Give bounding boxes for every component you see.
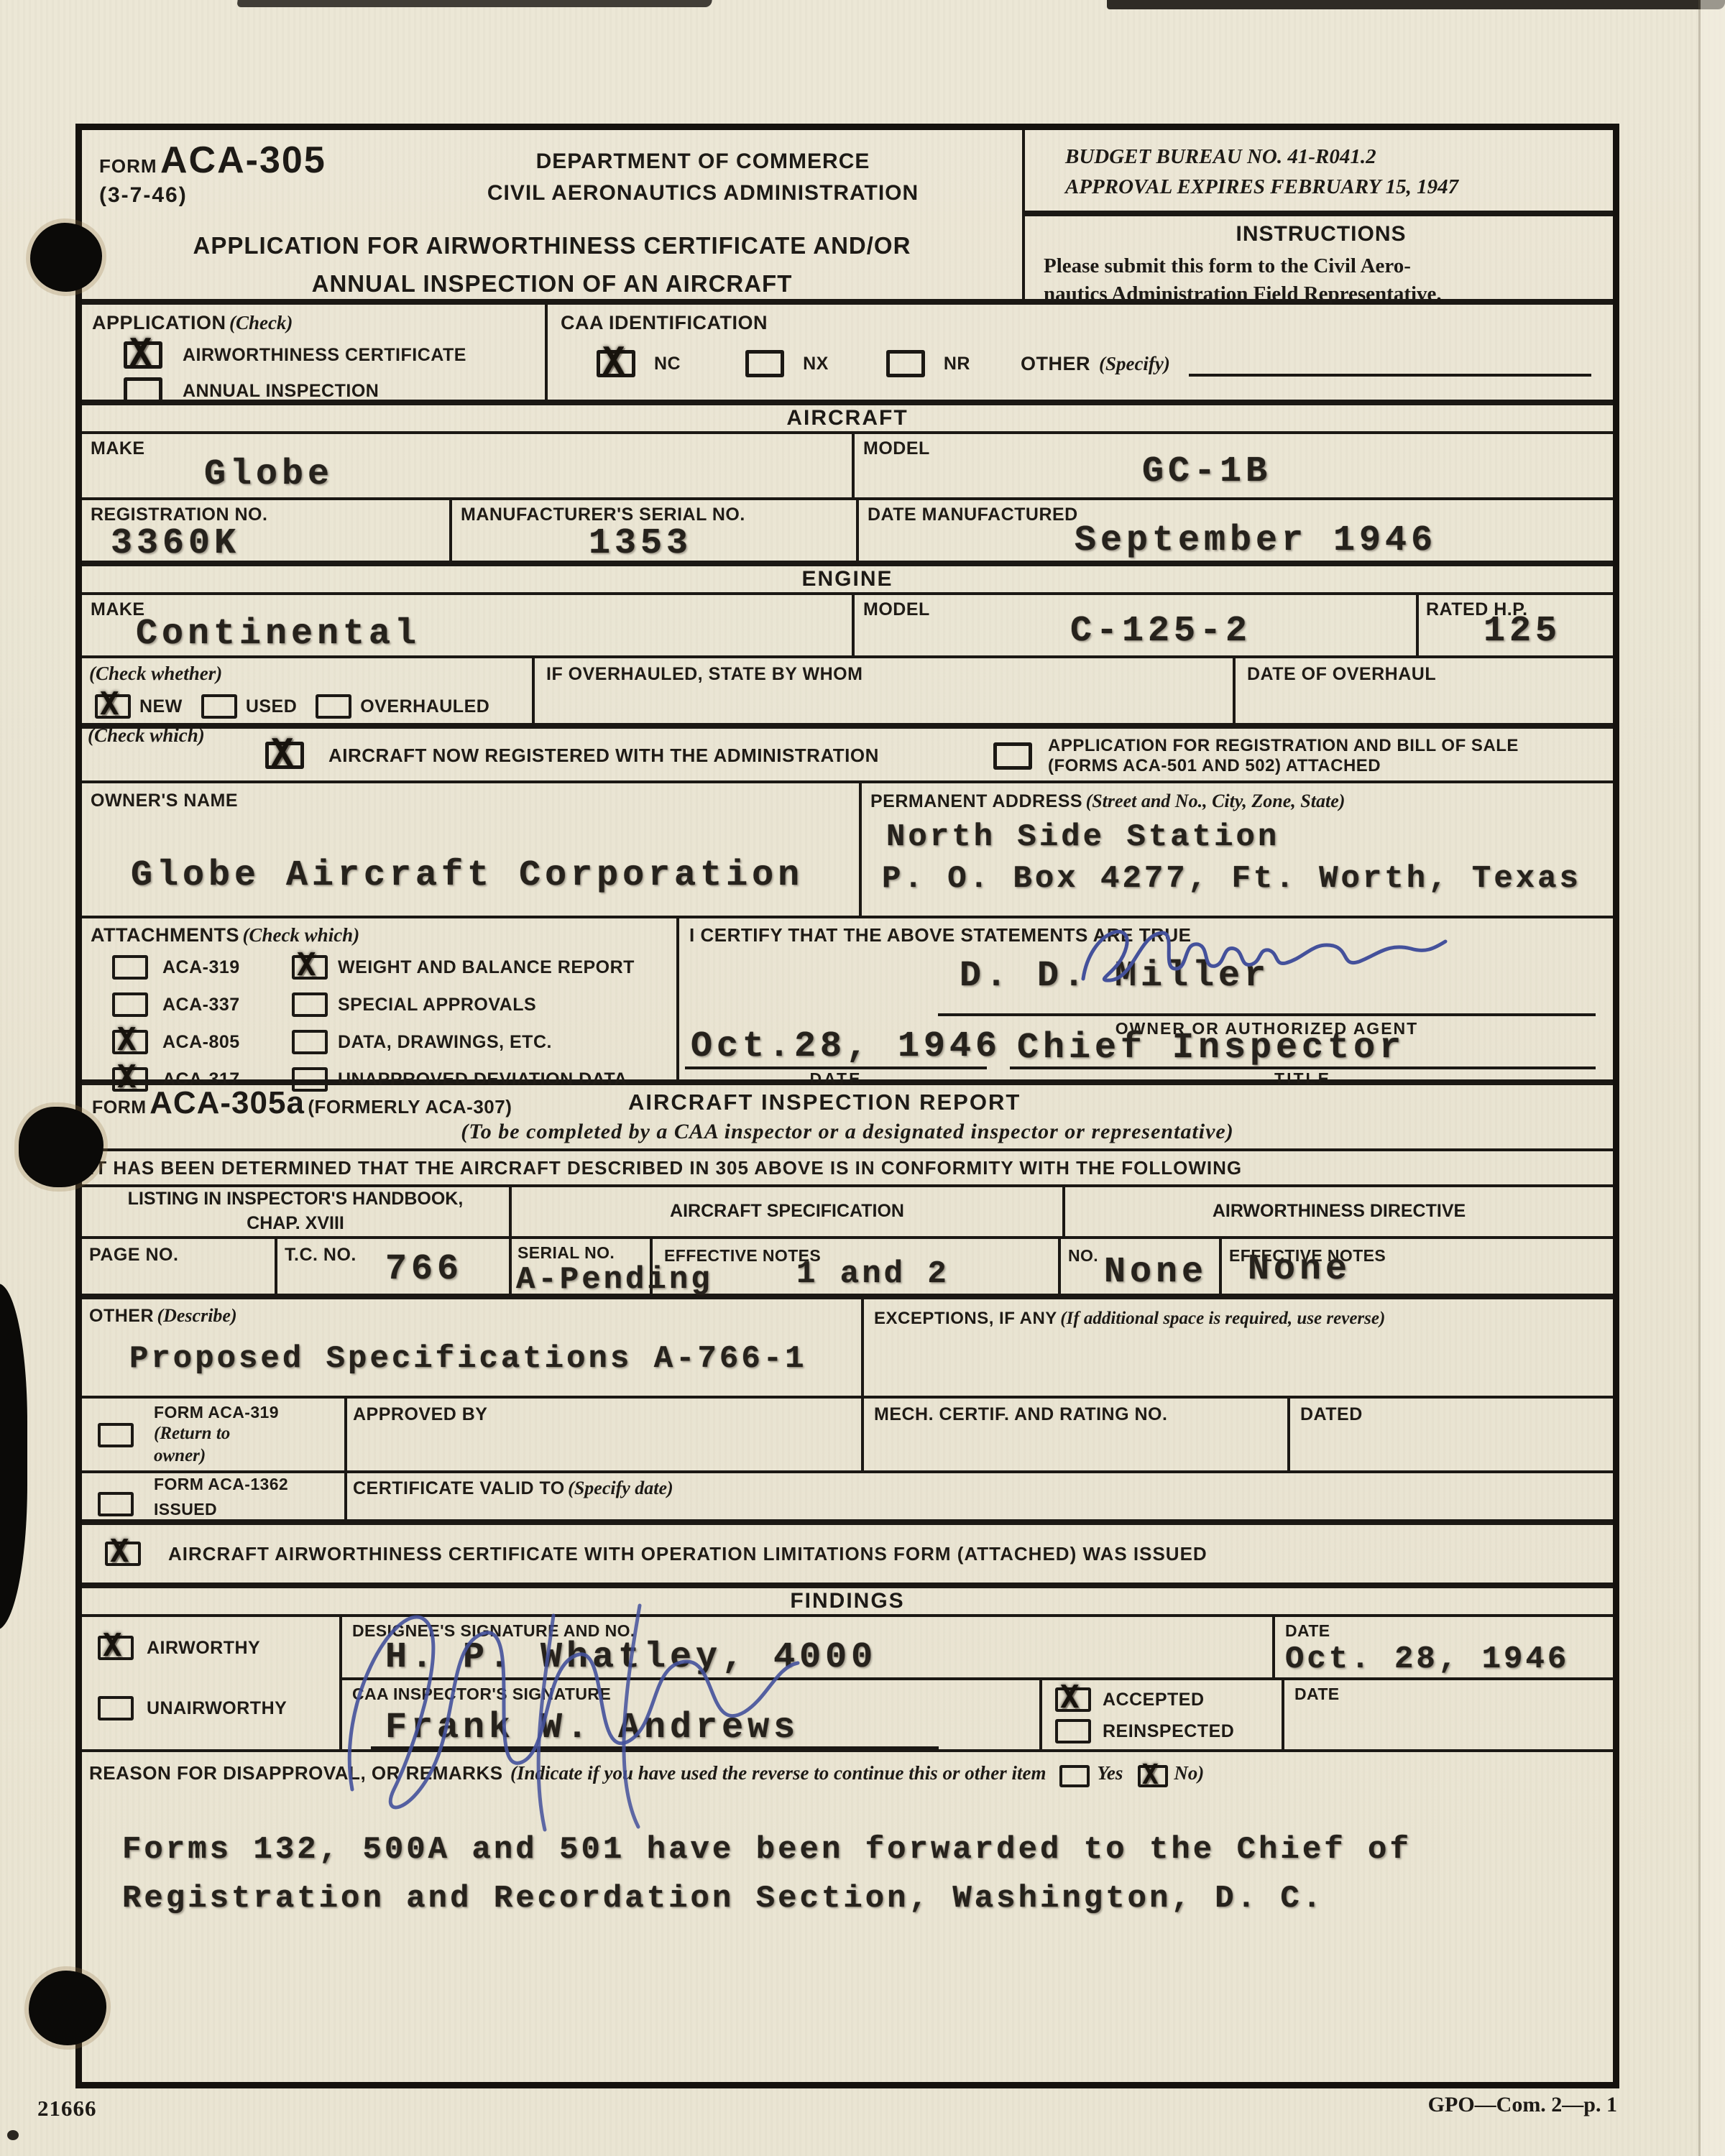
- exceptions-field: EXCEPTIONS, IF ANY (If additional space …: [864, 1299, 1613, 1396]
- remarks-text: Forms 132, 500A and 501 have been forwar…: [122, 1825, 1412, 2082]
- aircraft-model-field: MODEL GC-1B: [855, 434, 1613, 497]
- nc-label: NC: [654, 354, 681, 374]
- scanned-form-page: FORM ACA-305 (3-7-46) DEPARTMENT OF COMM…: [0, 0, 1725, 2156]
- directive-no-label: NO.: [1068, 1246, 1098, 1266]
- scan-edge-smudge: [236, 0, 712, 7]
- attachments-certification-row: ATTACHMENTS (Check which) ACA-319 X WEIG…: [82, 918, 1613, 1085]
- check-mark: X: [100, 688, 119, 720]
- determination-row: IT HAS BEEN DETERMINED THAT THE AIRCRAFT…: [82, 1151, 1613, 1187]
- engine-make-value: Continental: [136, 614, 420, 655]
- check-mark: X: [110, 1536, 129, 1567]
- engine-new-checkbox[interactable]: X: [95, 694, 131, 719]
- form-id-block: FORM ACA-305 (3-7-46): [82, 130, 384, 208]
- overhauled-by-field: IF OVERHAULED, STATE BY WHOM: [535, 658, 1236, 723]
- overhaul-date-label: DATE OF OVERHAUL: [1247, 664, 1436, 685]
- bill-of-sale-checkbox[interactable]: [993, 742, 1032, 770]
- approved-by-label: APPROVED BY: [353, 1404, 487, 1425]
- aircraft-make-value: Globe: [204, 454, 333, 495]
- check-mark: X: [297, 949, 316, 981]
- aca-319-checkbox[interactable]: [112, 955, 148, 980]
- inspector-signature-field: CAA INSPECTOR'S SIGNATURE Frank W. Andre…: [342, 1680, 1042, 1749]
- check-mark: X: [117, 1024, 137, 1056]
- other-exceptions-row: OTHER (Describe) Proposed Specifications…: [82, 1299, 1613, 1399]
- form-319-label: FORM ACA-319 (Return to owner): [154, 1403, 279, 1468]
- engine-used-label: USED: [246, 696, 297, 717]
- dated-field: DATED: [1290, 1399, 1613, 1470]
- aircraft-model-label: MODEL: [863, 438, 930, 459]
- exceptions-label: EXCEPTIONS, IF ANY (If additional space …: [874, 1305, 1385, 1332]
- designee-signature-typed: H. P. Whatley, 4000: [385, 1637, 877, 1678]
- serial-number-field: MANUFACTURER'S SERIAL NO. 1353: [452, 500, 859, 561]
- owner-signature-typed: D. D. Miller: [960, 956, 1270, 997]
- instructions-block: INSTRUCTIONS Please submit this form to …: [1025, 216, 1613, 308]
- page-no-field: PAGE NO.: [82, 1239, 277, 1294]
- other-describe-field: OTHER (Describe) Proposed Specifications…: [82, 1299, 864, 1396]
- inspection-form-id: FORM ACA-305a (FORMERLY ACA-307): [92, 1085, 512, 1121]
- annual-inspection-checkbox[interactable]: [124, 377, 162, 405]
- caa-identification-label: CAA IDENTIFICATION: [561, 312, 768, 333]
- engine-overhauled-checkbox[interactable]: [316, 694, 351, 719]
- aircraft-banner: AIRCRAFT: [82, 405, 1613, 434]
- check-whether-label: (Check whether): [89, 663, 222, 685]
- owner-address-field: PERMANENT ADDRESS (Street and No., City,…: [862, 783, 1613, 916]
- inspector-signature-line[interactable]: [371, 1746, 939, 1749]
- inspector-signature-label: CAA INSPECTOR'S SIGNATURE: [352, 1685, 611, 1704]
- engine-banner: ENGINE: [82, 566, 1613, 595]
- annual-inspection-label: ANNUAL INSPECTION: [183, 381, 379, 402]
- spec-serial-value: A-Pending: [516, 1262, 713, 1298]
- owner-name-field: OWNER'S NAME Globe Aircraft Corporation: [82, 783, 862, 916]
- owner-name-value: Globe Aircraft Corporation: [131, 855, 804, 896]
- paper-edge-line: [1698, 0, 1701, 2156]
- check-which-label: (Check which): [88, 724, 205, 747]
- form-319-checkbox-cell: FORM ACA-319 (Return to owner): [82, 1399, 347, 1470]
- owner-address-line2: P. O. Box 4277, Ft. Worth, Texas: [882, 861, 1581, 897]
- inspector-signature-typed: Frank W. Andrews: [385, 1708, 799, 1749]
- paper-edge: [1701, 0, 1725, 2156]
- tc-no-value: 766: [385, 1249, 463, 1290]
- form-revision-date: (3-7-46): [99, 183, 384, 208]
- reinspected-label: REINSPECTED: [1103, 1721, 1234, 1742]
- engine-condition-row: (Check whether) X NEW USED OVERHAULED IF…: [82, 658, 1613, 729]
- airworthiness-certificate-label: AIRWORTHINESS CERTIFICATE: [183, 345, 466, 366]
- owner-address-line1: North Side Station: [886, 819, 1279, 855]
- form-1362-label: FORM ACA-1362 ISSUED: [154, 1475, 288, 1519]
- weight-balance-checkbox[interactable]: X: [292, 955, 328, 980]
- data-drawings-checkbox[interactable]: [292, 1030, 328, 1054]
- form-word: FORM: [99, 155, 157, 177]
- scan-ink-blob: [0, 1284, 27, 1630]
- designee-row: DESIGNEE'S SIGNATURE AND NO. H. P. Whatl…: [342, 1617, 1613, 1680]
- form-header-left: FORM ACA-305 (3-7-46) DEPARTMENT OF COMM…: [82, 130, 1025, 299]
- reason-label-paren: (Indicate if you have used the reverse t…: [510, 1762, 1046, 1784]
- attachments-label-paren: (Check which): [242, 924, 359, 946]
- directive-notes-value: None: [1248, 1249, 1351, 1290]
- attachments-label: ATTACHMENTS: [91, 924, 239, 946]
- engine-make-model-row: MAKE Continental MODEL C-125-2 RATED H.P…: [82, 595, 1613, 658]
- reverse-no-checkbox[interactable]: X: [1138, 1765, 1168, 1787]
- aircraft-model-value: GC-1B: [1142, 451, 1271, 492]
- form-1362-row: FORM ACA-1362 ISSUED CERTIFICATE VALID T…: [82, 1473, 1613, 1525]
- aca-337-checkbox[interactable]: [112, 992, 148, 1017]
- caa-identification-section: CAA IDENTIFICATION X NC NX NR OTHER (Spe…: [548, 305, 1613, 400]
- certify-title-value: Chief Inspector: [1017, 1028, 1405, 1069]
- overhauled-by-label: IF OVERHAULED, STATE BY WHOM: [546, 664, 862, 685]
- inspection-report-header: FORM ACA-305a (FORMERLY ACA-307) AIRCRAF…: [82, 1085, 1613, 1151]
- reverse-yes-checkbox[interactable]: [1059, 1765, 1090, 1787]
- airworthy-checkbox[interactable]: X: [98, 1636, 134, 1660]
- engine-condition-field: (Check whether) X NEW USED OVERHAULED: [82, 658, 535, 723]
- aca-319-label: ACA-319: [162, 957, 292, 978]
- check-mark: X: [271, 734, 293, 772]
- engine-model-value: C-125-2: [1070, 611, 1251, 652]
- directive-no-field: NO. None: [1061, 1239, 1222, 1294]
- signature-line[interactable]: [938, 1013, 1596, 1016]
- aircraft-spec-column-header: AIRCRAFT SPECIFICATION: [512, 1187, 1065, 1236]
- form-319-checkbox[interactable]: [98, 1423, 134, 1447]
- effective-notes-field: EFFECTIVE NOTES 1 and 2: [653, 1239, 1061, 1294]
- form-aca-305: FORM ACA-305 (3-7-46) DEPARTMENT OF COMM…: [75, 124, 1619, 2088]
- check-mark: X: [129, 334, 152, 372]
- owner-address-label: PERMANENT ADDRESS (Street and No., City,…: [870, 791, 1345, 812]
- dated-label: DATED: [1300, 1404, 1363, 1425]
- findings-date2-label: DATE: [1294, 1685, 1340, 1704]
- attachment-row: ACA-337 SPECIAL APPROVALS: [91, 988, 676, 1021]
- findings-date1-field: DATE Oct. 28, 1946: [1275, 1617, 1613, 1677]
- tc-no-label: T.C. NO.: [285, 1245, 356, 1266]
- form-number: ACA-305: [160, 139, 326, 181]
- certify-statement: I CERTIFY THAT THE ABOVE STATEMENTS ARE …: [689, 924, 1192, 946]
- airworthy-label: AIRWORTHY: [147, 1638, 260, 1659]
- application-section: APPLICATION (Check) X AIRWORTHINESS CERT…: [82, 305, 548, 400]
- airworthiness-certificate-checkbox[interactable]: X: [124, 341, 162, 369]
- instructions-body: Please submit this form to the Civil Aer…: [1044, 252, 1598, 308]
- accepted-checkbox[interactable]: X: [1055, 1687, 1091, 1712]
- data-drawings-label: DATA, DRAWINGS, ETC.: [338, 1032, 552, 1053]
- special-approvals-label: SPECIAL APPROVALS: [338, 995, 536, 1015]
- punch-hole-icon: [29, 1971, 106, 2045]
- airworthiness-directive-column-header: AIRWORTHINESS DIRECTIVE: [1065, 1187, 1613, 1236]
- department-name: DEPARTMENT OF COMMERCE CIVIL AERONAUTICS…: [384, 130, 1022, 208]
- weight-balance-label: WEIGHT AND BALANCE REPORT: [338, 957, 635, 978]
- accepted-label: ACCEPTED: [1103, 1690, 1205, 1710]
- determination-statement: IT HAS BEEN DETERMINED THAT THE AIRCRAFT…: [89, 1157, 1242, 1179]
- attachment-row: ACA-319 X WEIGHT AND BALANCE REPORT: [91, 951, 676, 984]
- nx-label: NX: [803, 354, 829, 374]
- engine-make-field: MAKE Continental: [82, 595, 855, 655]
- findings-date2-field: DATE: [1284, 1680, 1613, 1749]
- spec-table-header: LISTING IN INSPECTOR'S HANDBOOK,CHAP. XV…: [82, 1187, 1613, 1239]
- spec-serial-field: SERIAL NO. A-Pending: [512, 1239, 653, 1294]
- certificate-valid-to-field: CERTIFICATE VALID TO (Specify date): [347, 1473, 1613, 1519]
- nc-checkbox[interactable]: X: [597, 350, 635, 377]
- check-mark: X: [103, 1630, 122, 1662]
- spec-table-data-row: PAGE NO. T.C. NO. 766 SERIAL NO. A-Pendi…: [82, 1239, 1613, 1299]
- certificate-issued-row: X AIRCRAFT AIRWORTHINESS CERTIFICATE WIT…: [82, 1525, 1613, 1588]
- page-no-label: PAGE NO.: [89, 1245, 178, 1266]
- aircraft-make-model-row: MAKE Globe MODEL GC-1B: [82, 434, 1613, 500]
- aca-805-label: ACA-805: [162, 1032, 292, 1053]
- designee-signature-field: DESIGNEE'S SIGNATURE AND NO. H. P. Whatl…: [342, 1617, 1275, 1677]
- reason-label: REASON FOR DISAPPROVAL, OR REMARKS: [89, 1762, 503, 1784]
- owner-row: OWNER'S NAME Globe Aircraft Corporation …: [82, 783, 1613, 918]
- form-header: FORM ACA-305 (3-7-46) DEPARTMENT OF COMM…: [82, 130, 1613, 305]
- nr-label: NR: [944, 354, 970, 374]
- inspection-report-title: AIRCRAFT INSPECTION REPORT: [628, 1089, 1021, 1115]
- reverse-no-label: No): [1174, 1762, 1204, 1784]
- certification-section: I CERTIFY THAT THE ABOVE STATEMENTS ARE …: [679, 918, 1613, 1079]
- attachment-row: X ACA-805 DATA, DRAWINGS, ETC.: [91, 1026, 676, 1059]
- reason-row: REASON FOR DISAPPROVAL, OR REMARKS (Indi…: [82, 1752, 1613, 1800]
- form-1362-checkbox[interactable]: [98, 1492, 134, 1516]
- registration-number-label: REGISTRATION NO.: [91, 505, 267, 525]
- form-319-row: FORM ACA-319 (Return to owner) APPROVED …: [82, 1399, 1613, 1473]
- certificate-issued-checkbox[interactable]: X: [105, 1542, 141, 1566]
- aircraft-make-label: MAKE: [91, 438, 145, 459]
- scan-ink-dot: [7, 2130, 19, 2140]
- approved-by-field: APPROVED BY: [347, 1399, 864, 1470]
- mech-certif-label: MECH. CERTIF. AND RATING NO.: [874, 1404, 1167, 1425]
- unairworthy-label: UNAIRWORTHY: [147, 1698, 287, 1719]
- reason-line: REASON FOR DISAPPROVAL, OR REMARKS (Indi…: [82, 1752, 1204, 1800]
- reinspected-checkbox[interactable]: [1055, 1719, 1091, 1743]
- engine-model-field: MODEL C-125-2: [855, 595, 1419, 655]
- attachments-section: ATTACHMENTS (Check which) ACA-319 X WEIG…: [82, 918, 679, 1079]
- findings-block: X AIRWORTHY UNAIRWORTHY DESIGNEE'S SIGNA…: [82, 1617, 1613, 1752]
- reverse-yes-label: Yes: [1097, 1762, 1123, 1784]
- overhaul-date-field: DATE OF OVERHAUL: [1236, 658, 1613, 723]
- spec-serial-label: SERIAL NO.: [517, 1243, 615, 1263]
- other-describe-label: OTHER (Describe): [89, 1305, 237, 1327]
- application-label: APPLICATION: [92, 312, 226, 333]
- inspector-row: CAA INSPECTOR'S SIGNATURE Frank W. Andre…: [342, 1680, 1613, 1749]
- aca-805-checkbox[interactable]: X: [112, 1030, 148, 1054]
- inspection-report-subtitle: (To be completed by a CAA inspector or a…: [82, 1120, 1613, 1144]
- nr-checkbox[interactable]: [886, 350, 925, 377]
- certificate-issued-label: AIRCRAFT AIRWORTHINESS CERTIFICATE WITH …: [168, 1543, 1207, 1565]
- airworthy-column: X AIRWORTHY UNAIRWORTHY: [82, 1617, 342, 1749]
- gpo-imprint: GPO—Com. 2—p. 1: [1428, 2093, 1617, 2117]
- registered-label: AIRCRAFT NOW REGISTERED WITH THE ADMINIS…: [328, 745, 879, 767]
- caa-other-label-paren: (Specify): [1099, 353, 1170, 375]
- check-mark: X: [1060, 1682, 1080, 1713]
- findings-right: DESIGNEE'S SIGNATURE AND NO. H. P. Whatl…: [342, 1617, 1613, 1749]
- budget-bureau-box: BUDGET BUREAU NO. 41-R041.2 APPROVAL EXP…: [1025, 130, 1613, 216]
- punch-hole-icon: [30, 223, 102, 292]
- unairworthy-checkbox[interactable]: [98, 1696, 134, 1720]
- aircraft-registration-row: REGISTRATION NO. 3360K MANUFACTURER'S SE…: [82, 500, 1613, 566]
- mech-certif-field: MECH. CERTIF. AND RATING NO.: [864, 1399, 1290, 1470]
- engine-new-label: NEW: [139, 696, 183, 717]
- inspection-report-header-cell: FORM ACA-305a (FORMERLY ACA-307) AIRCRAF…: [82, 1085, 1613, 1148]
- registration-status-row: (Check which) X AIRCRAFT NOW REGISTERED …: [82, 729, 1613, 783]
- effective-notes-value: 1 and 2: [796, 1256, 949, 1292]
- punch-hole-icon: [19, 1107, 103, 1187]
- form-header-right: BUDGET BUREAU NO. 41-R041.2 APPROVAL EXP…: [1025, 130, 1613, 299]
- date-manufactured-value: September 1946: [1075, 520, 1437, 561]
- caa-other-input[interactable]: [1189, 351, 1591, 377]
- tc-no-field: T.C. NO. 766: [277, 1239, 512, 1294]
- engine-used-checkbox[interactable]: [201, 694, 237, 719]
- findings-date1-label: DATE: [1285, 1621, 1330, 1641]
- serial-number-label: MANUFACTURER'S SERIAL NO.: [461, 505, 745, 525]
- special-approvals-checkbox[interactable]: [292, 992, 328, 1017]
- owner-name-label: OWNER'S NAME: [91, 791, 238, 811]
- date-manufactured-field: DATE MANUFACTURED September 1946: [859, 500, 1613, 561]
- certificate-valid-to-label: CERTIFICATE VALID TO (Specify date): [353, 1478, 673, 1499]
- aca-337-label: ACA-337: [162, 995, 292, 1015]
- handbook-column-header: LISTING IN INSPECTOR'S HANDBOOK,CHAP. XV…: [82, 1187, 512, 1236]
- serial-number-value: 1353: [589, 523, 692, 564]
- directive-notes-field: EFFECTIVE NOTES None: [1222, 1239, 1613, 1294]
- bill-of-sale-label: APPLICATION FOR REGISTRATION AND BILL OF…: [1048, 736, 1519, 776]
- remarks-body: Forms 132, 500A and 501 have been forwar…: [82, 1800, 1613, 2082]
- application-row: APPLICATION (Check) X AIRWORTHINESS CERT…: [82, 305, 1613, 405]
- registered-checkbox[interactable]: X: [265, 742, 304, 769]
- check-mark: X: [1142, 1761, 1159, 1788]
- directive-no-value: None: [1104, 1252, 1207, 1293]
- registration-number-value: 3360K: [111, 523, 240, 564]
- form-stock-number: 21666: [37, 2096, 97, 2122]
- aircraft-make-field: MAKE Globe: [82, 434, 855, 497]
- application-label-paren: (Check): [229, 312, 293, 333]
- rated-hp-field: RATED H.P. 125: [1419, 595, 1613, 655]
- caa-other-label: OTHER: [1021, 353, 1090, 375]
- other-describe-value: Proposed Specifications A-766-1: [129, 1341, 807, 1377]
- form-1362-checkbox-cell: FORM ACA-1362 ISSUED: [82, 1473, 347, 1519]
- rated-hp-value: 125: [1483, 611, 1561, 652]
- registration-status-section: (Check which) X AIRCRAFT NOW REGISTERED …: [82, 729, 1613, 780]
- date-manufactured-label: DATE MANUFACTURED: [868, 505, 1078, 525]
- findings-date1-value: Oct. 28, 1946: [1285, 1641, 1569, 1677]
- nx-checkbox[interactable]: [745, 350, 784, 377]
- engine-model-label: MODEL: [863, 599, 930, 620]
- registration-number-field: REGISTRATION NO. 3360K: [82, 500, 452, 561]
- accepted-column: X ACCEPTED REINSPECTED: [1042, 1680, 1284, 1749]
- engine-overhauled-label: OVERHAULED: [360, 696, 489, 717]
- findings-banner: FINDINGS: [82, 1588, 1613, 1617]
- check-mark: X: [602, 343, 625, 380]
- instructions-title: INSTRUCTIONS: [1044, 222, 1598, 247]
- scan-edge-smudge: [1107, 0, 1725, 9]
- certify-date-value: Oct.28, 1946: [691, 1026, 1001, 1067]
- form-title: APPLICATION FOR AIRWORTHINESS CERTIFICAT…: [82, 208, 1022, 303]
